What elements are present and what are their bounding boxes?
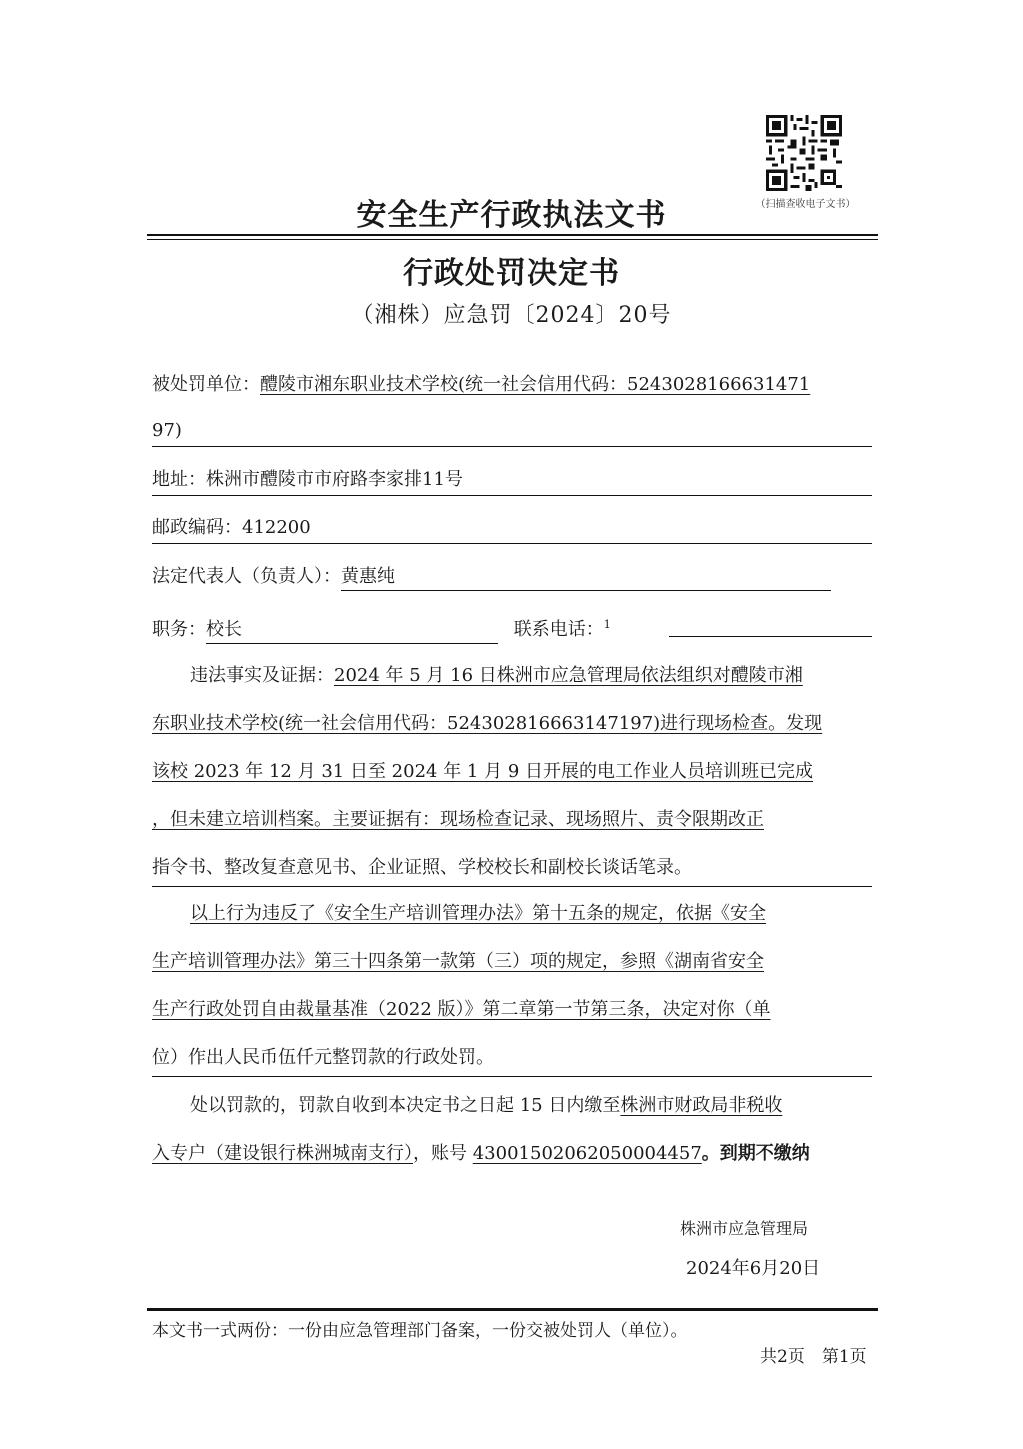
facts-line: 东职业技术学校(统一社会信用代码：524302816663147197)进行现场… — [152, 700, 872, 748]
address-value: 株洲市醴陵市市府路李家排11号 — [206, 469, 463, 490]
position-phone-row: 职务：校长 联系电话：1 — [152, 610, 872, 640]
decision-paragraph: 以上行为违反了《安全生产培训管理办法》第十五条的规定，依据《安全 生产培训管理办… — [152, 890, 872, 1077]
payment-paragraph: 处以罚款的，罚款自收到本决定书之日起 15 日内缴至株洲市财政局非税收 入专户（… — [152, 1082, 872, 1178]
title-divider-double — [147, 234, 878, 240]
decision-line: 以上行为违反了《安全生产培训管理办法》第十五条的规定，依据《安全 — [152, 890, 872, 938]
penalized-unit-value-cont: 97) — [152, 420, 182, 441]
document-title: 行政处罚决定书 — [0, 248, 1023, 292]
issuing-agency: 株洲市应急管理局 — [680, 1216, 808, 1239]
position-value: 校长 — [206, 617, 498, 644]
address-label: 地址： — [152, 469, 206, 490]
postal-code-label: 邮政编码： — [152, 517, 242, 538]
facts-line: 该校 2023 年 12 月 31 日至 2024 年 1 月 9 日开展的电工… — [152, 748, 872, 796]
document-number: （湘株）应急罚〔2024〕20号 — [0, 298, 1023, 329]
document-category-title: 安全生产行政执法文书 — [0, 190, 1023, 234]
facts-label: 违法事实及证据： — [190, 665, 334, 686]
phone-value: 1 — [604, 618, 611, 631]
payment-account-name-cont: 入专户（建设银行株洲城南支行） — [152, 1143, 413, 1164]
facts-line: 指令书、整改复查意见书、企业证照、学校校长和副校长谈话笔录。 — [152, 850, 872, 887]
penalized-unit-value: 醴陵市湘东职业技术学校(统一社会信用代码：5243028166631471 — [260, 374, 810, 395]
phone-value-redacted — [669, 610, 872, 637]
footer-divider — [147, 1308, 878, 1311]
phone-label: 联系电话： — [514, 619, 604, 640]
payment-text: 处以罚款的，罚款自收到本决定书之日起 15 日内缴至 — [190, 1095, 620, 1116]
violation-facts-paragraph: 违法事实及证据：2024 年 5 月 16 日株洲市应急管理局依法组织对醴陵市湘… — [152, 652, 872, 887]
address-row: 地址：株洲市醴陵市市府路李家排11号 — [152, 465, 872, 496]
payment-account-name: 株洲市财政局非税收 — [620, 1095, 782, 1116]
qr-code-icon — [766, 115, 842, 191]
postal-code-value: 412200 — [242, 517, 311, 538]
page-indicator: 共2页 第1页 — [760, 1342, 867, 1367]
penalized-unit-row-2: 97) — [152, 416, 872, 447]
facts-line: ，但未建立培训档案。主要证据有：现场检查记录、现场照片、责令限期改正 — [152, 796, 872, 844]
issue-date: 2024年6月20日 — [686, 1254, 820, 1280]
legal-rep-value: 黄惠纯 — [341, 564, 831, 591]
postal-code-row: 邮政编码：412200 — [152, 513, 872, 544]
facts-line: 2024 年 5 月 16 日株洲市应急管理局依法组织对醴陵市湘 — [334, 665, 803, 686]
penalized-unit-row: 被处罚单位：醴陵市湘东职业技术学校(统一社会信用代码：5243028166631… — [152, 370, 872, 400]
legal-representative-row: 法定代表人（负责人）：黄惠纯 — [152, 562, 872, 592]
legal-rep-label: 法定代表人（负责人）： — [152, 566, 341, 587]
payment-text: ，账号 — [413, 1143, 473, 1164]
footer-note: 本文书一式两份：一份由应急管理部门备案，一份交被处罚人（单位）。 — [152, 1316, 688, 1341]
payment-text-bold: 。到期不缴纳 — [702, 1143, 810, 1164]
bank-account-number: 43001502062050004457 — [473, 1143, 702, 1164]
penalized-unit-label: 被处罚单位： — [152, 374, 260, 395]
decision-line: 位）作出人民币伍仟元整罚款的行政处罚。 — [152, 1040, 872, 1077]
position-label: 职务： — [152, 619, 206, 640]
decision-line: 生产培训管理办法》第三十四条第一款第（三）项的规定，参照《湖南省安全 — [152, 938, 872, 986]
decision-line: 生产行政处罚自由裁量基准（2022 版）》第二章第一节第三条，决定对你（单 — [152, 986, 872, 1034]
